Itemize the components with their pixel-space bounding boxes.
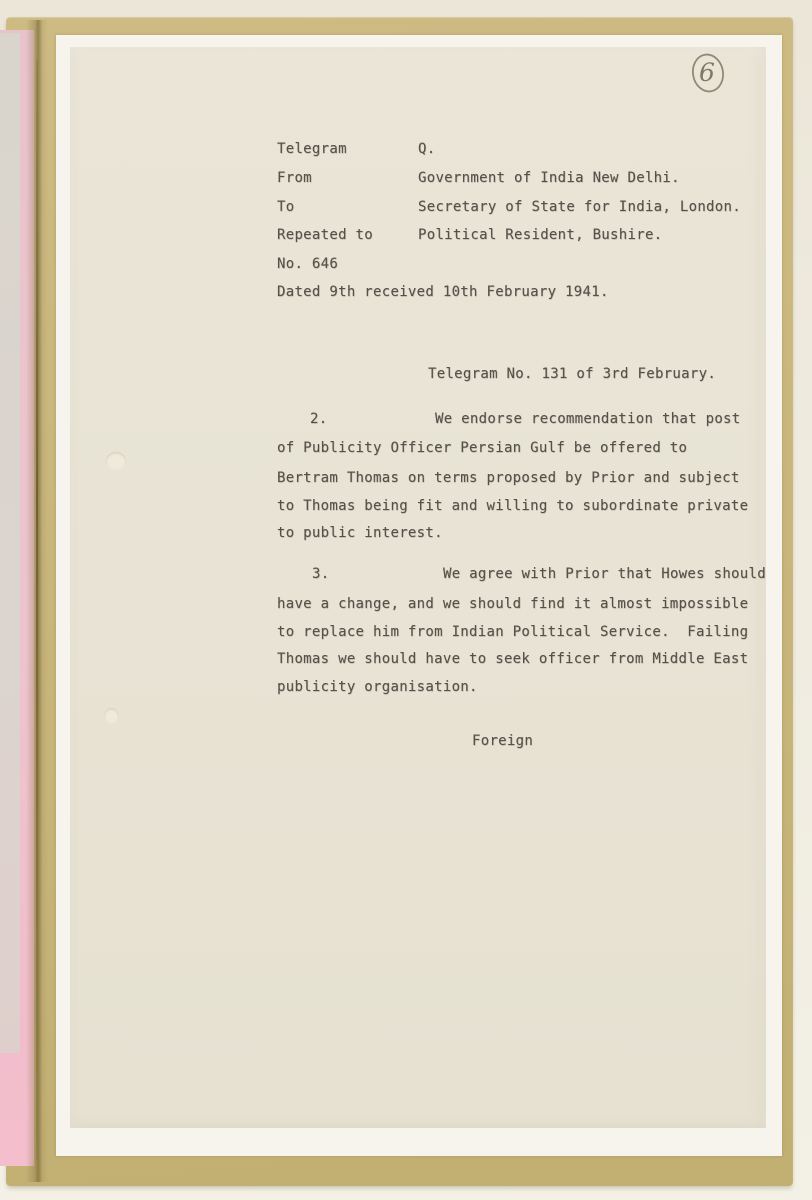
telegram-number-line: No. 646: [277, 256, 338, 273]
paragraph-2-line: to Thomas being fit and willing to subor…: [277, 498, 748, 515]
header-to-label: To: [277, 199, 294, 216]
header-repeated-value: Political Resident, Bushire.: [418, 227, 662, 244]
header-repeated-label: Repeated to: [277, 227, 373, 244]
paper-blemish: [104, 708, 119, 724]
reference-line: Telegram No. 131 of 3rd February.: [428, 366, 716, 383]
paragraph-2-line: of Publicity Officer Persian Gulf be off…: [277, 440, 687, 457]
paragraph-2-line: Bertram Thomas on terms proposed by Prio…: [277, 470, 740, 487]
header-from-value: Government of India New Delhi.: [418, 170, 680, 187]
paragraph-3-line: publicity organisation.: [277, 679, 478, 696]
telegram-dated-line: Dated 9th received 10th February 1941.: [277, 284, 609, 301]
paragraph-3-line: Thomas we should have to seek officer fr…: [277, 651, 748, 668]
paragraph-2-line: to public interest.: [277, 525, 443, 542]
scanned-document-page: 6 Telegram Q. From Government of India N…: [0, 0, 812, 1200]
page-number: 6: [699, 58, 715, 87]
paragraph-2-line: We endorse recommendation that post: [435, 411, 741, 428]
paragraph-3-number: 3.: [312, 566, 329, 583]
signature-line: Foreign: [472, 733, 533, 750]
spine-fold-line: [36, 60, 38, 1160]
paragraph-3-line: We agree with Prior that Howes should: [443, 566, 766, 583]
paper-blemish: [106, 452, 126, 470]
paragraph-3-line: to replace him from Indian Political Ser…: [277, 624, 748, 641]
header-type-label: Telegram: [277, 141, 347, 158]
header-to-value: Secretary of State for India, London.: [418, 199, 741, 216]
header-type-value: Q.: [418, 141, 435, 158]
paragraph-2-number: 2.: [310, 411, 327, 428]
paragraph-3-line: have a change, and we should find it alm…: [277, 596, 748, 613]
flyleaf-inner-sheet: [0, 33, 20, 1053]
header-from-label: From: [277, 170, 312, 187]
page-number-annotation: 6: [686, 48, 730, 98]
